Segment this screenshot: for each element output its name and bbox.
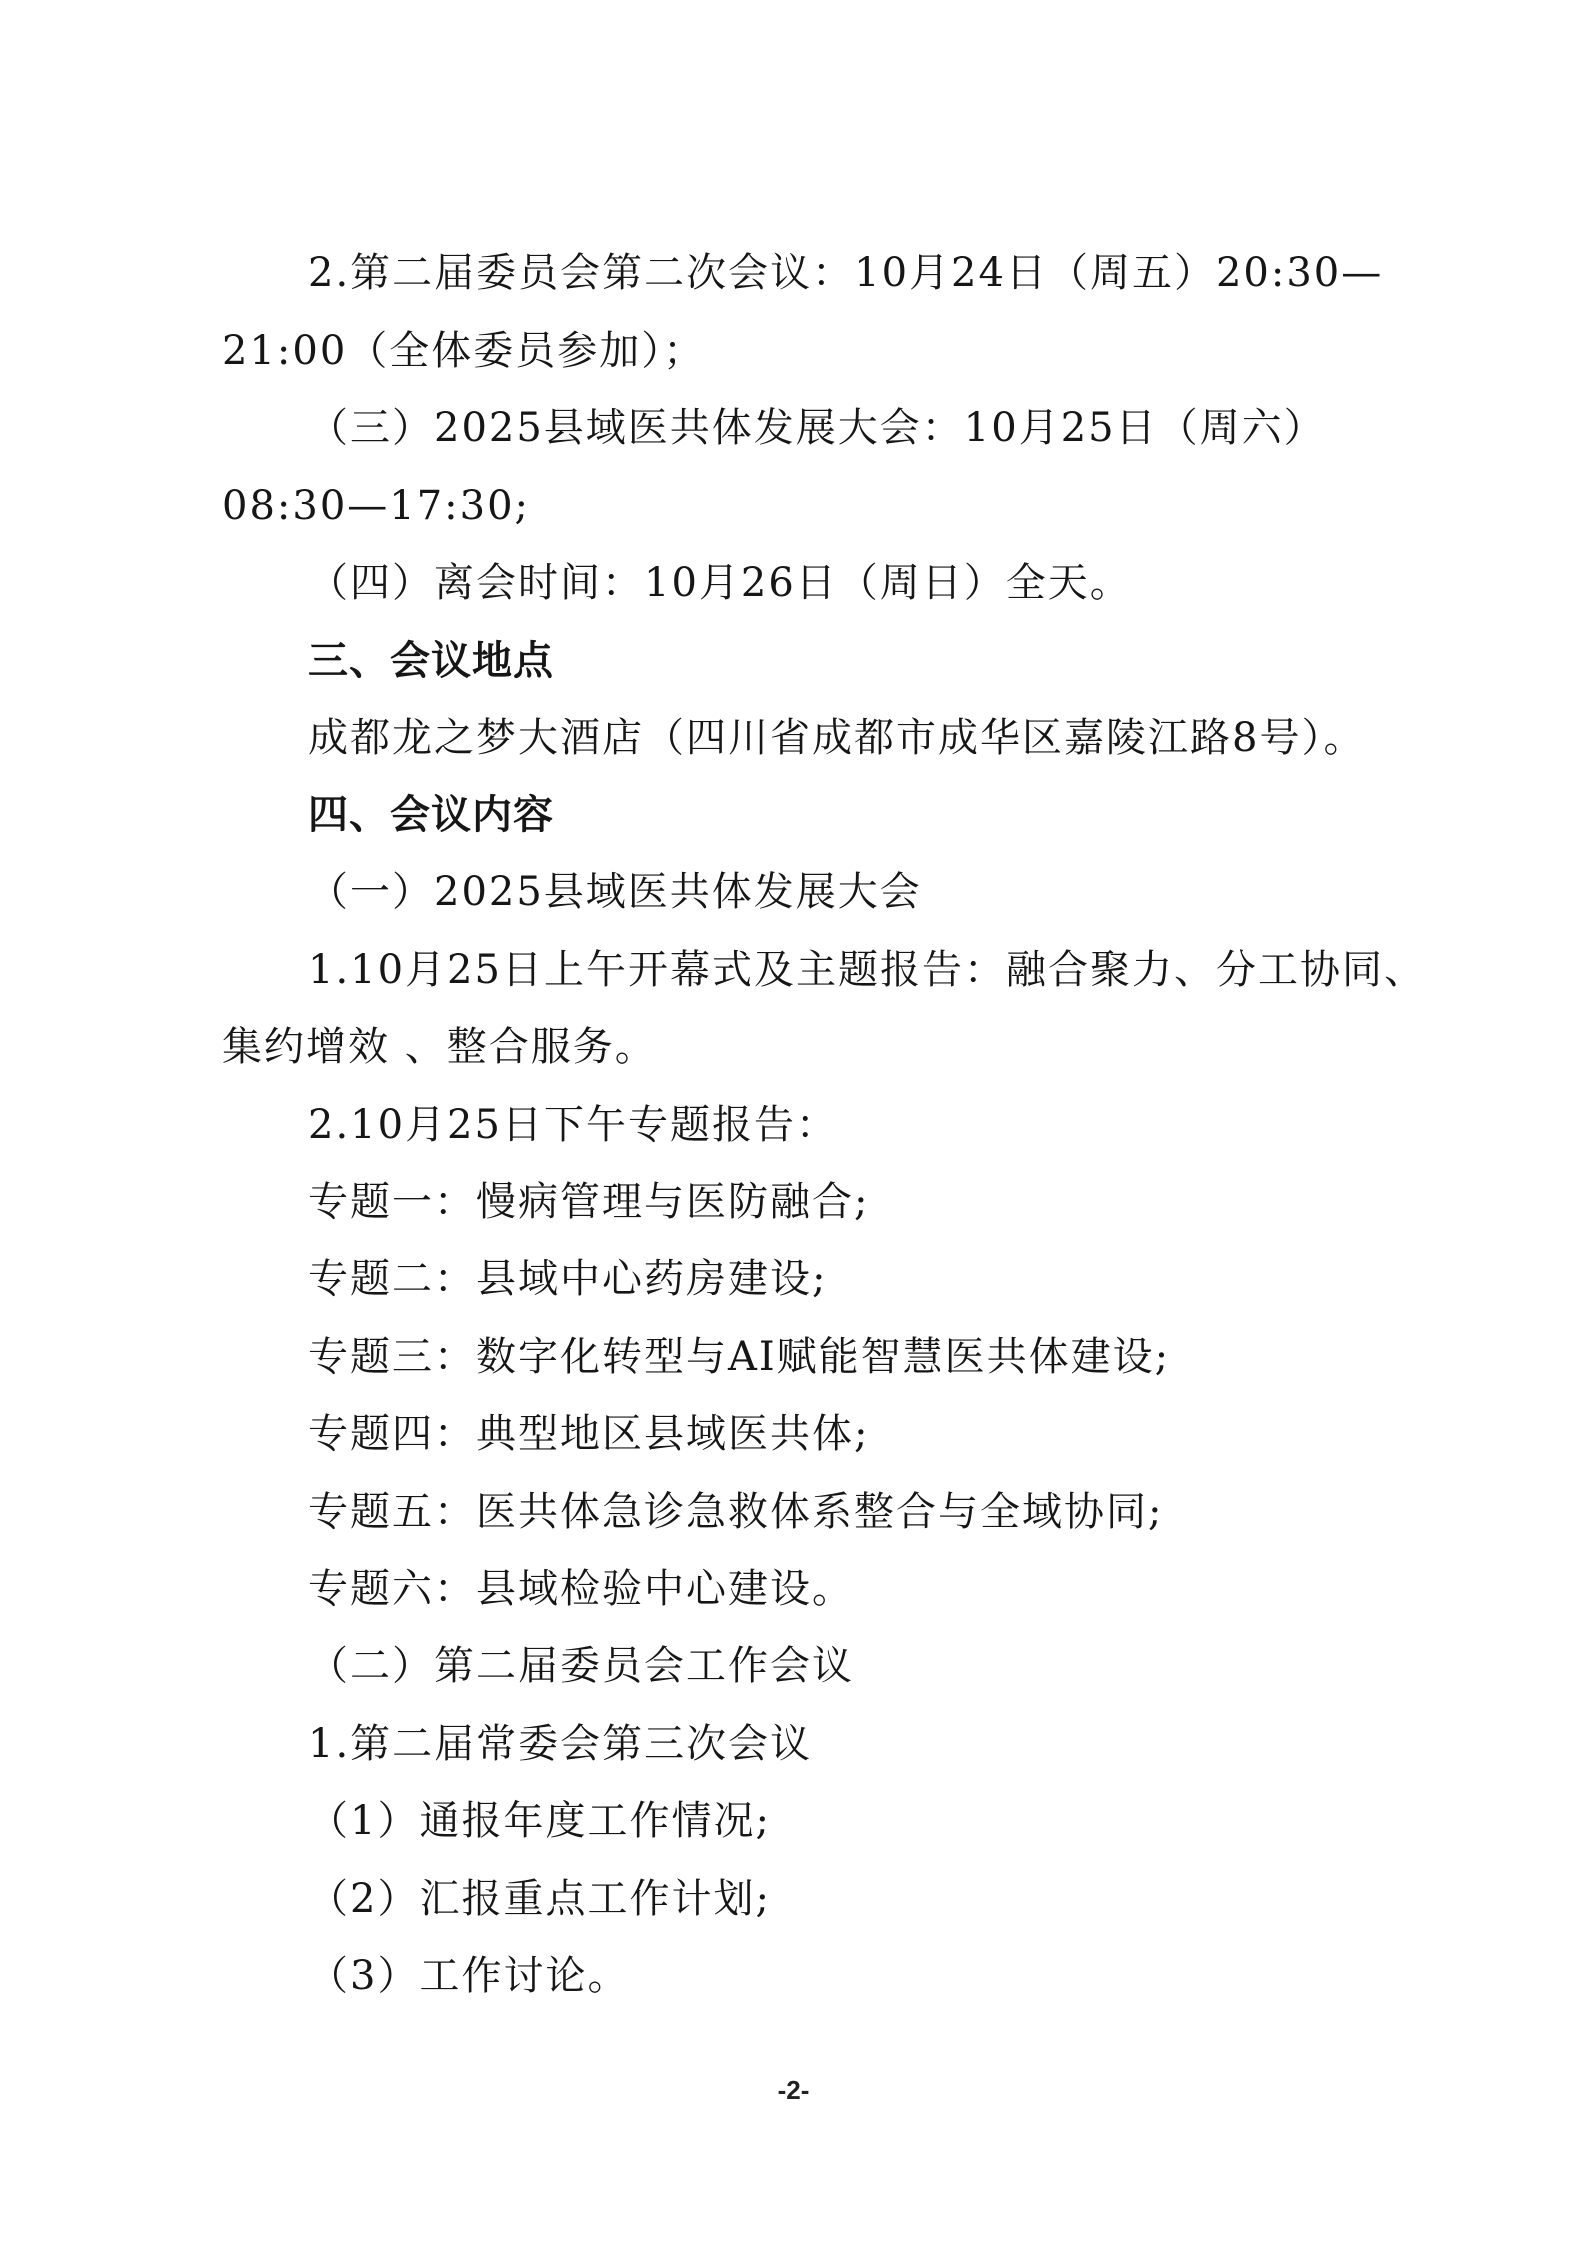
text-line: 专题四：典型地区县域医共体; xyxy=(308,1408,869,1460)
text-line: 专题五：医共体急诊急救体系整合与全域协同; xyxy=(308,1486,1163,1538)
text-line: 成都龙之梦大酒店（四川省成都市成华区嘉陵江路8号）。 xyxy=(308,712,1365,764)
section-heading: 三、会议地点 xyxy=(308,635,554,687)
text-line: （1）通报年度工作情况; xyxy=(308,1795,771,1847)
text-line: 1.10月25日上午开幕式及主题报告：融合聚力、分工协同、 xyxy=(308,944,1426,996)
text-line: 2.第二届委员会第二次会议：10月24日（周五）20:30— xyxy=(308,247,1383,299)
text-line: 专题一：慢病管理与医防融合; xyxy=(308,1176,869,1228)
text-line: （二）第二届委员会工作会议 xyxy=(308,1640,854,1692)
document-page: 2.第二届委员会第二次会议：10月24日（周五）20:30—21:00（全体委员… xyxy=(0,0,1587,2245)
text-line: （3）工作讨论。 xyxy=(308,1950,629,2002)
section-heading: 四、会议内容 xyxy=(308,789,554,841)
text-line: 专题六：县域检验中心建设。 xyxy=(308,1563,854,1615)
text-line: 08:30—17:30; xyxy=(222,480,530,532)
text-line: （四）离会时间：10月26日（周日）全天。 xyxy=(308,557,1132,609)
text-line: 专题三：数字化转型与AI赋能智慧医共体建设; xyxy=(308,1331,1170,1383)
text-line: 1.第二届常委会第三次会议 xyxy=(308,1718,812,1770)
text-line: 集约增效 、整合服务。 xyxy=(222,1021,657,1073)
text-line: （三）2025县域医共体发展大会：10月25日（周六） xyxy=(308,402,1326,454)
text-line: （2）汇报重点工作计划; xyxy=(308,1873,771,1925)
text-line: （一）2025县域医共体发展大会 xyxy=(308,866,922,918)
text-line: 专题二：县域中心药房建设; xyxy=(308,1253,827,1305)
text-line: 21:00（全体委员参加）； xyxy=(222,325,705,377)
text-line: 2.10月25日下午专题报告： xyxy=(308,1099,838,1151)
page-number: -2- xyxy=(0,2075,1587,2106)
